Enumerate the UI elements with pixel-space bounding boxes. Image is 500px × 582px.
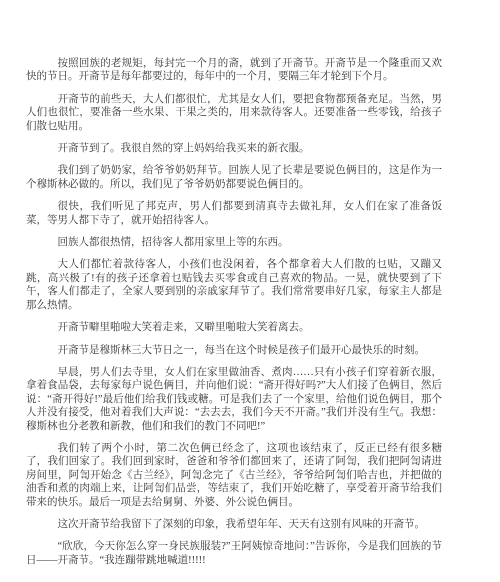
essay-paragraph: 大人们都忙着款待客人，小孩们也没闲着，各个都拿着大人们散的乜贴，又蹦又跳，高兴极… — [26, 258, 442, 312]
essay-paragraph: 早晨，男人们去寺里，女人们在家里做油香、煮肉……只有小孩子们穿着新衣服，拿着食品… — [26, 366, 442, 433]
essay-paragraph: 很快，我们听见了邦克声，男人们都要到清真寺去做礼拜，女人们在家了准备饭菜，等男人… — [26, 200, 442, 227]
essay-paragraph: 开斋节是穆斯林三大节日之一，每当在这个时候是孩子们最开心最快乐的时刻。 — [26, 344, 442, 357]
essay-paragraph: “欣欣，今天你怎么穿一身民族服装?”王阿姨惊奇地问：”告诉你，今是我们回族的节日… — [26, 540, 442, 567]
essay-paragraph: 这次开斋节给我留下了深刻的印象，我希望年年、天天有这别有风味的开斋节。 — [26, 518, 442, 531]
essay-paragraph: 开斋节到了。我很自然的穿上妈妈给我买来的新衣服。 — [26, 142, 442, 155]
essay-paragraph: 开斋节的前些天，大人们都很忙，尤其是女人们，要把食物都预备充足。当然，男人们也很… — [26, 93, 442, 133]
essay-paragraph: 按照回族的老规矩，每封完一个月的斋，就到了开斋节。开斋节是一个隆重而又欢快的节日… — [26, 57, 442, 84]
essay-paragraph: 我们到了奶奶家，给爷爷奶奶拜节。回族人见了长辈是要说色俩目的，这是作为一个穆斯林… — [26, 164, 442, 191]
essay-paragraph: 开斋节噼里啪啦大笑着走来，又噼里啪啦大笑着离去。 — [26, 321, 442, 334]
essay-paragraph: 我们转了两个小时，第二次色俩已经念了，这项也该结束了，反正已经有很多糖了，我们回… — [26, 442, 442, 509]
essay-paragraph: 回族人都很热情，招待客人都用家里上等的东西。 — [26, 236, 442, 249]
essay-page: 按照回族的老规矩，每封完一个月的斋，就到了开斋节。开斋节是一个隆重而又欢快的节日… — [0, 0, 500, 582]
